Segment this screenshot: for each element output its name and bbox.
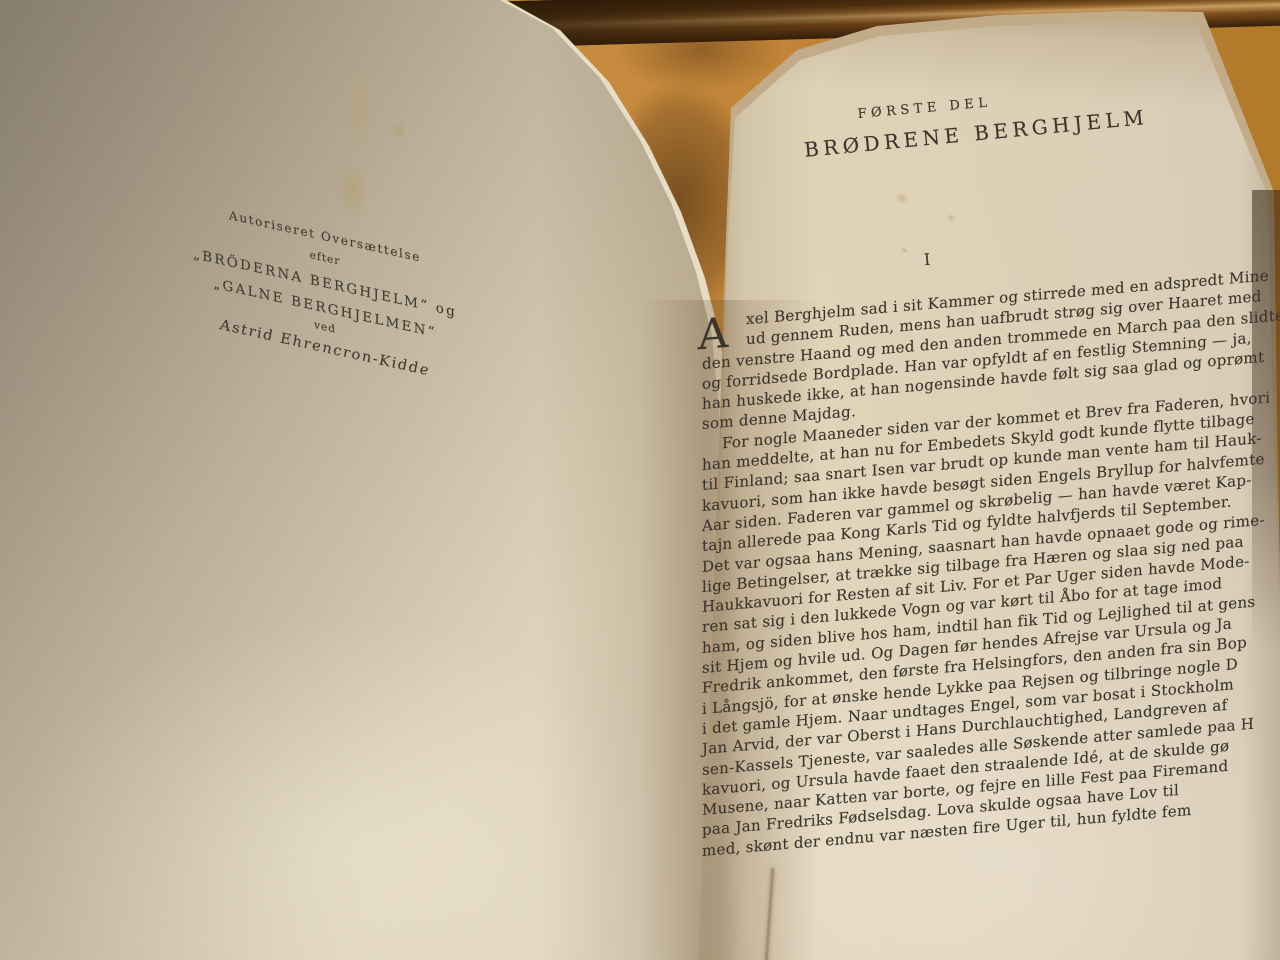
book-photo: Autoriseret Oversættelse efter „BRÖDERNA… xyxy=(0,0,1280,960)
drop-cap: A xyxy=(698,312,729,357)
paragraph: For nogle Maaneder siden var der kommet … xyxy=(702,376,1280,861)
body-text: A xel Berghjelm sad i sit Kammer og stir… xyxy=(702,254,1280,861)
